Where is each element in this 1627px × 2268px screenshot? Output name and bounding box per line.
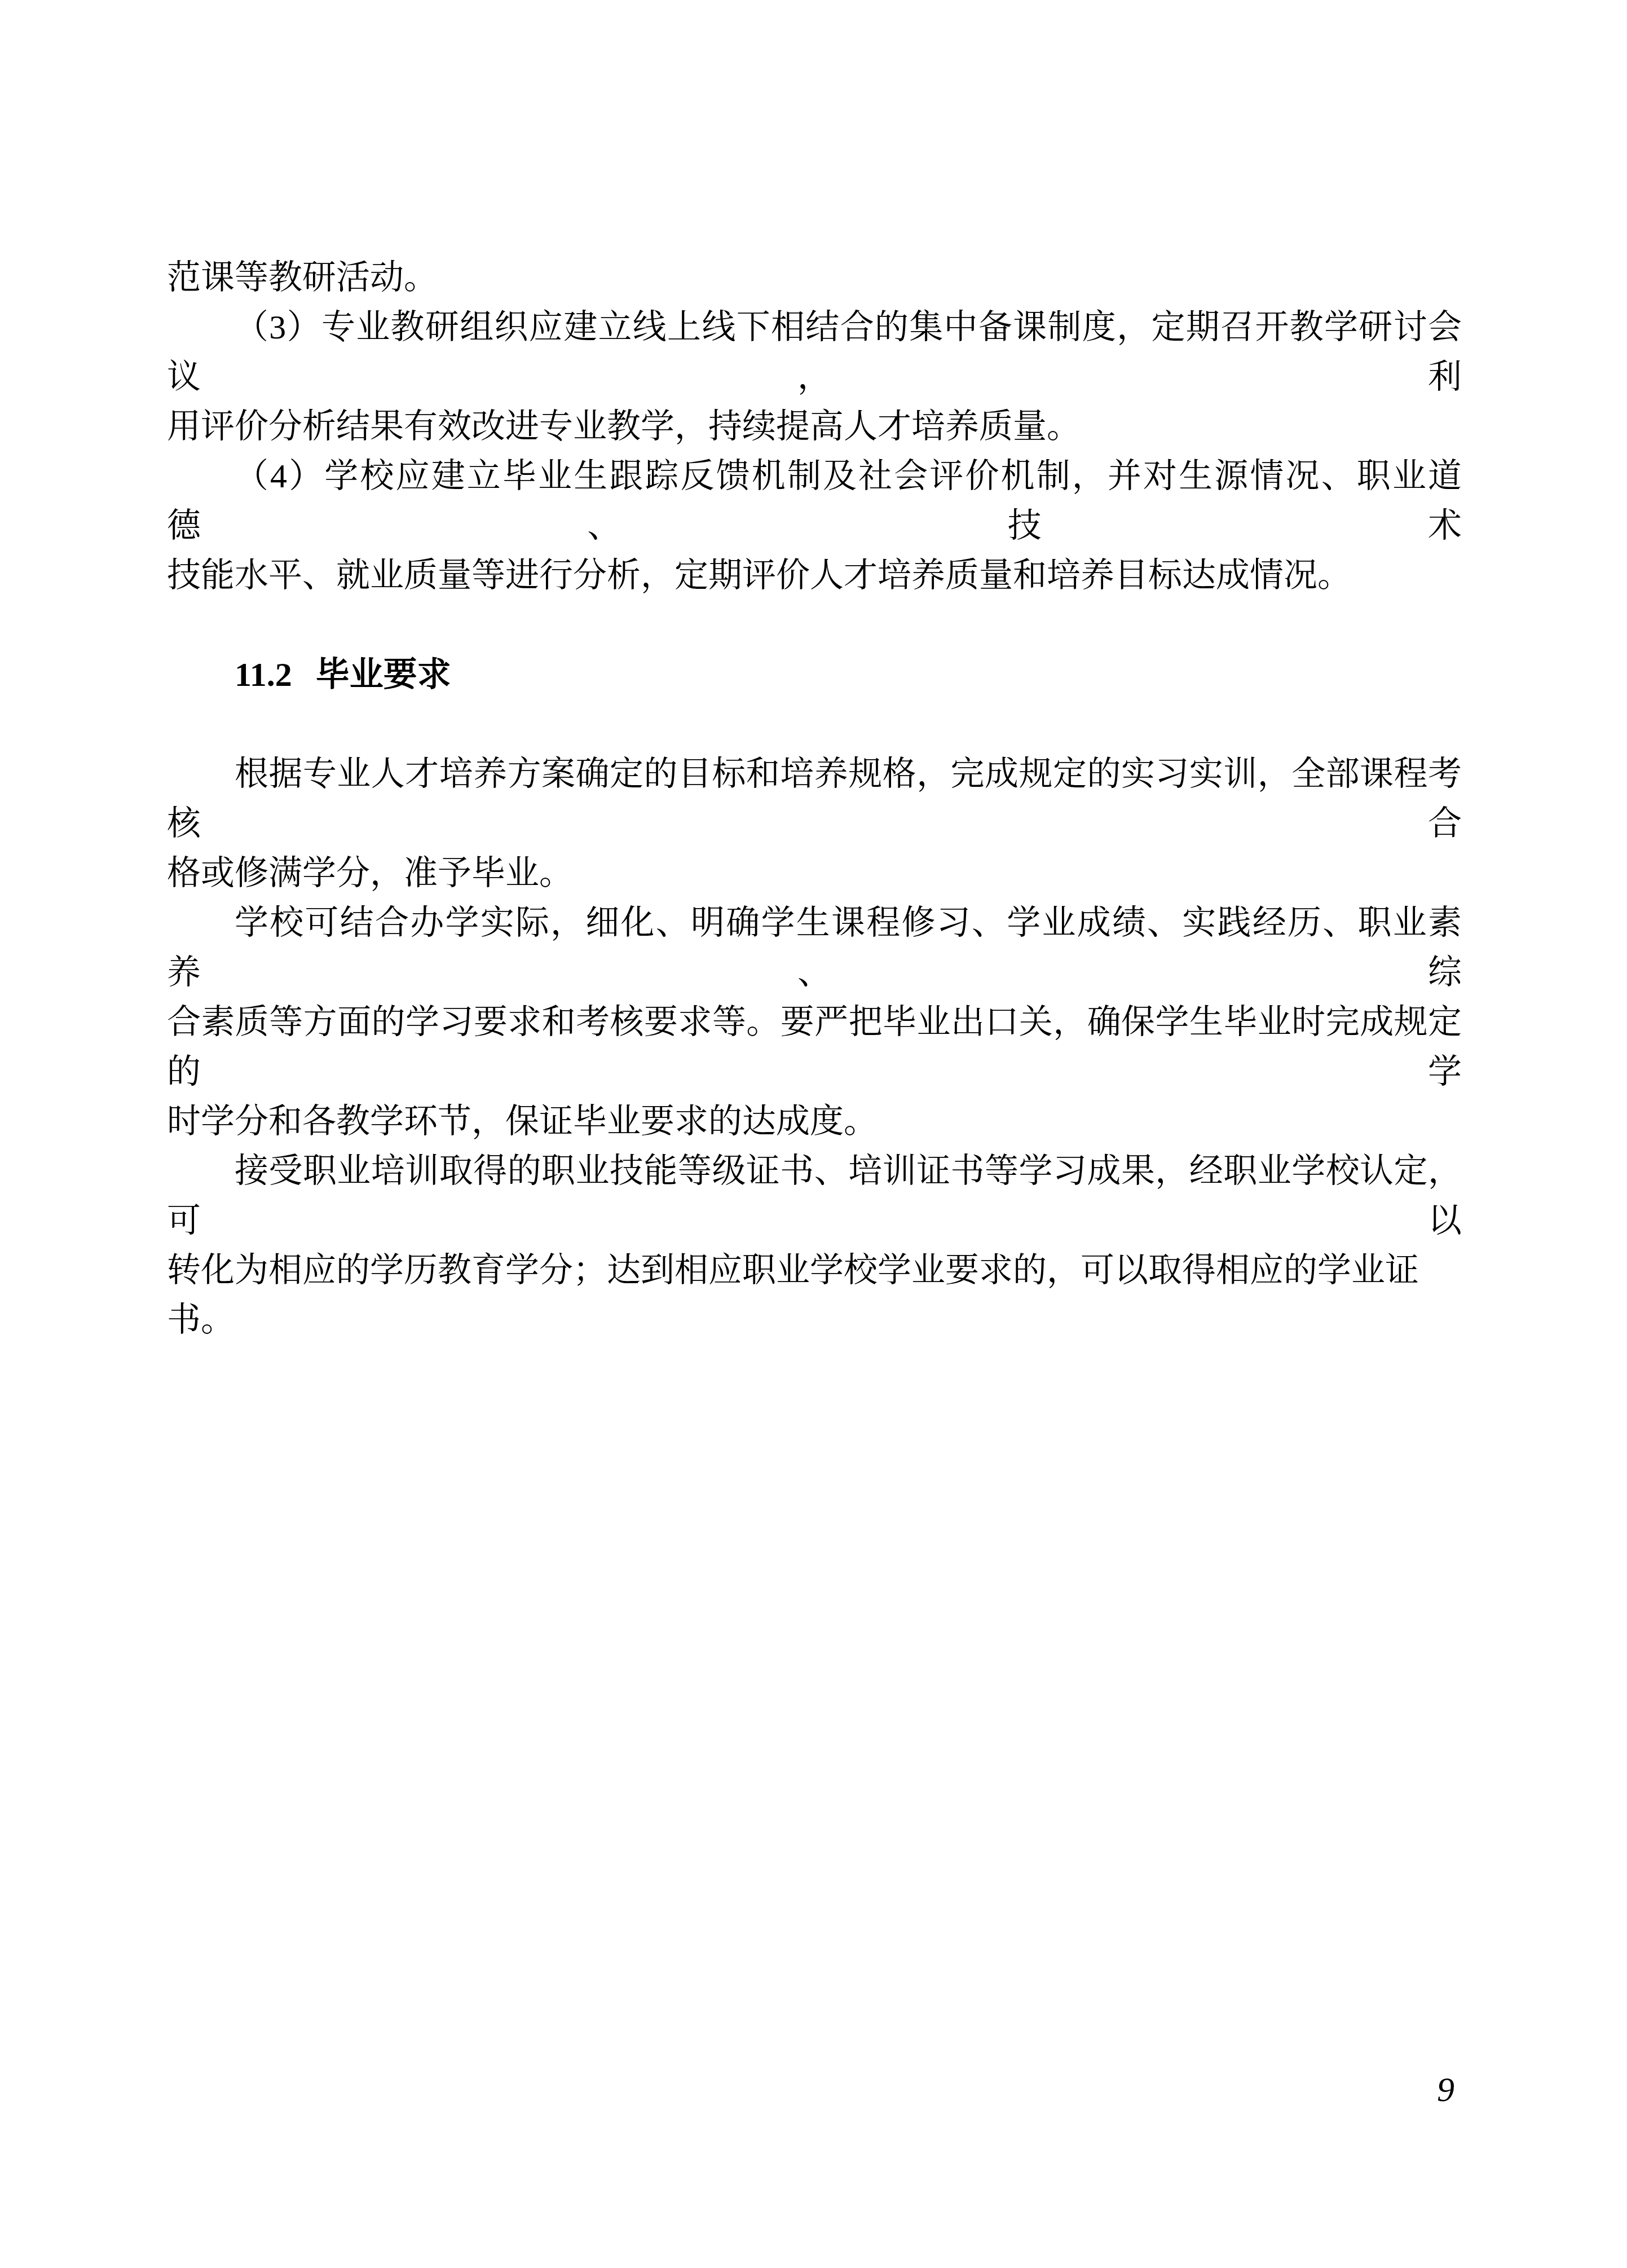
document-page: 范课等教研活动。 （3）专业教研组织应建立线上线下相结合的集中备课制度，定期召开… — [0, 0, 1627, 2268]
text-line: （3）专业教研组织应建立线上线下相结合的集中备课制度，定期召开教学研讨会议，利 — [167, 302, 1462, 402]
text-line: 转化为相应的学历教育学分；达到相应职业学校学业要求的，可以取得相应的学业证书。 — [167, 1245, 1462, 1345]
text-line: 格或修满学分，准予毕业。 — [167, 848, 1462, 898]
paragraph: 接受职业培训取得的职业技能等级证书、培训证书等学习成果，经职业学校认定，可以 转… — [167, 1146, 1462, 1345]
paragraph: 学校可结合办学实际，细化、明确学生课程修习、学业成绩、实践经历、职业素养、综 合… — [167, 898, 1462, 1146]
section-heading-number: 11.2 — [235, 656, 292, 693]
text-line: 用评价分析结果有效改进专业教学，持续提高人才培养质量。 — [167, 402, 1462, 451]
text-line: 时学分和各教学环节，保证毕业要求的达成度。 — [167, 1096, 1462, 1146]
section-heading: 11.2毕业要求 — [167, 600, 1462, 749]
text-line: 范课等教研活动。 — [167, 253, 1462, 302]
text-line: （4）学校应建立毕业生跟踪反馈机制及社会评价机制，并对生源情况、职业道德、技术 — [167, 451, 1462, 551]
paragraph: （3）专业教研组织应建立线上线下相结合的集中备课制度，定期召开教学研讨会议，利 … — [167, 302, 1462, 451]
paragraph: 11.2毕业要求 — [167, 600, 1462, 749]
text-line: 学校可结合办学实际，细化、明确学生课程修习、学业成绩、实践经历、职业素养、综 — [167, 898, 1462, 997]
text-line: 接受职业培训取得的职业技能等级证书、培训证书等学习成果，经职业学校认定，可以 — [167, 1146, 1462, 1245]
document-body: 范课等教研活动。 （3）专业教研组织应建立线上线下相结合的集中备课制度，定期召开… — [167, 253, 1462, 1345]
page-number: 9 — [1437, 2071, 1454, 2108]
text-line: 技能水平、就业质量等进行分析，定期评价人才培养质量和培养目标达成情况。 — [167, 551, 1462, 600]
text-line: 合素质等方面的学习要求和考核要求等。要严把毕业出口关，确保学生毕业时完成规定的学 — [167, 997, 1462, 1096]
paragraph: 范课等教研活动。 — [167, 253, 1462, 302]
paragraph: 根据专业人才培养方案确定的目标和培养规格，完成规定的实习实训，全部课程考核合 格… — [167, 749, 1462, 898]
text-line: 根据专业人才培养方案确定的目标和培养规格，完成规定的实习实训，全部课程考核合 — [167, 749, 1462, 848]
section-heading-title: 毕业要求 — [316, 656, 451, 693]
paragraph: （4）学校应建立毕业生跟踪反馈机制及社会评价机制，并对生源情况、职业道德、技术 … — [167, 451, 1462, 600]
